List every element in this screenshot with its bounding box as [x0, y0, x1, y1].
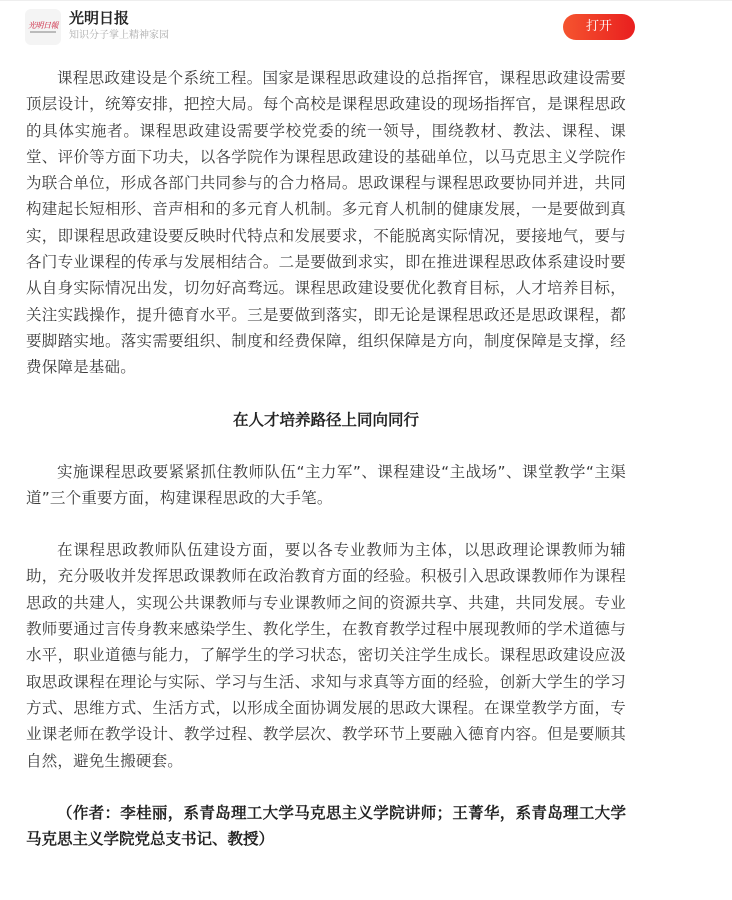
spacer	[26, 511, 626, 537]
article-paragraph: 在课程思政教师队伍建设方面，要以各专业教师为主体，以思政理论课教师为辅助，充分吸…	[26, 537, 626, 774]
author-byline: （作者：李桂丽，系青岛理工大学马克思主义学院讲师；王菁华，系青岛理工大学马克思主…	[26, 800, 626, 853]
spacer	[26, 433, 626, 459]
spacer	[26, 774, 626, 800]
spacer	[26, 381, 626, 407]
article-paragraph: 实施课程思政要紧紧抓住教师队伍“主力军”、课程建设“主战场”、课堂教学“主渠道”…	[26, 459, 626, 512]
logo-subtext-bar	[30, 31, 56, 33]
section-subheading: 在人才培养路径上同向同行	[26, 407, 626, 433]
open-app-button[interactable]: 打开	[563, 14, 635, 40]
article-paragraph: 课程思政建设是个系统工程。国家是课程思政建设的总指挥官，课程思政建设需要顶层设计…	[26, 65, 626, 381]
app-logo[interactable]: 光明日報	[25, 9, 61, 45]
app-slogan: 知识分子掌上精神家园	[69, 30, 169, 42]
article-body: 课程思政建设是个系统工程。国家是课程思政建设的总指挥官，课程思政建设需要顶层设计…	[26, 65, 626, 852]
app-name: 光明日报	[69, 9, 129, 27]
app-download-banner: 光明日報 光明日报 知识分子掌上精神家园 打开	[0, 0, 732, 49]
logo-mark: 光明日報	[28, 21, 58, 30]
